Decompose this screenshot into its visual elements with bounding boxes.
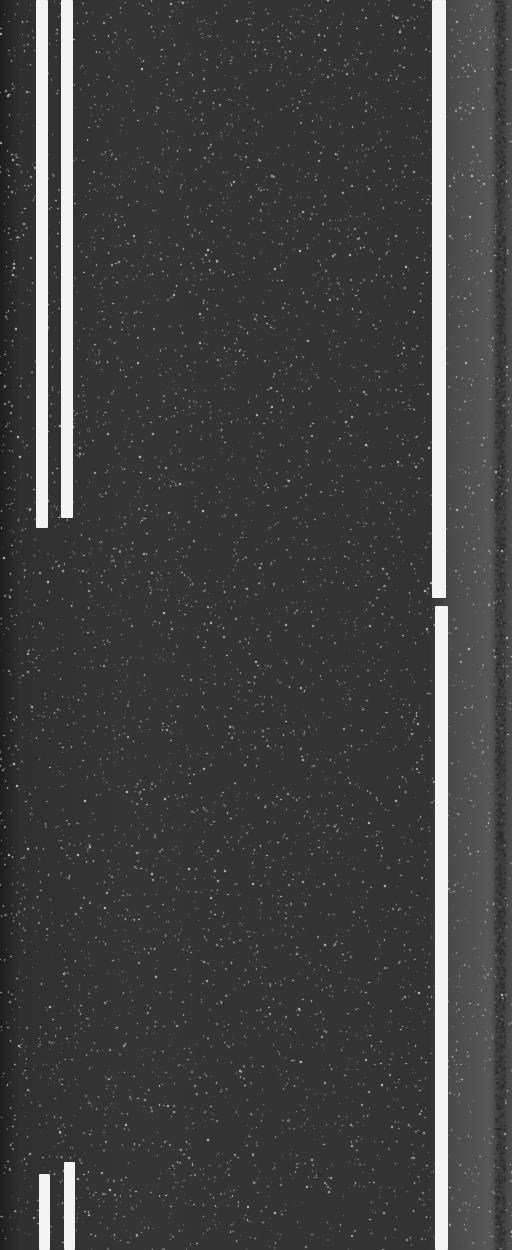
left-double-line-outer-top bbox=[36, 0, 48, 528]
right-edge-line-bottom bbox=[435, 606, 448, 1250]
right-edge-line-top bbox=[432, 0, 446, 598]
road-scene bbox=[0, 0, 512, 1250]
left-double-line-inner-top bbox=[61, 0, 73, 518]
left-double-line-outer-bottom bbox=[39, 1174, 50, 1250]
left-double-line-inner-bottom bbox=[64, 1162, 75, 1250]
